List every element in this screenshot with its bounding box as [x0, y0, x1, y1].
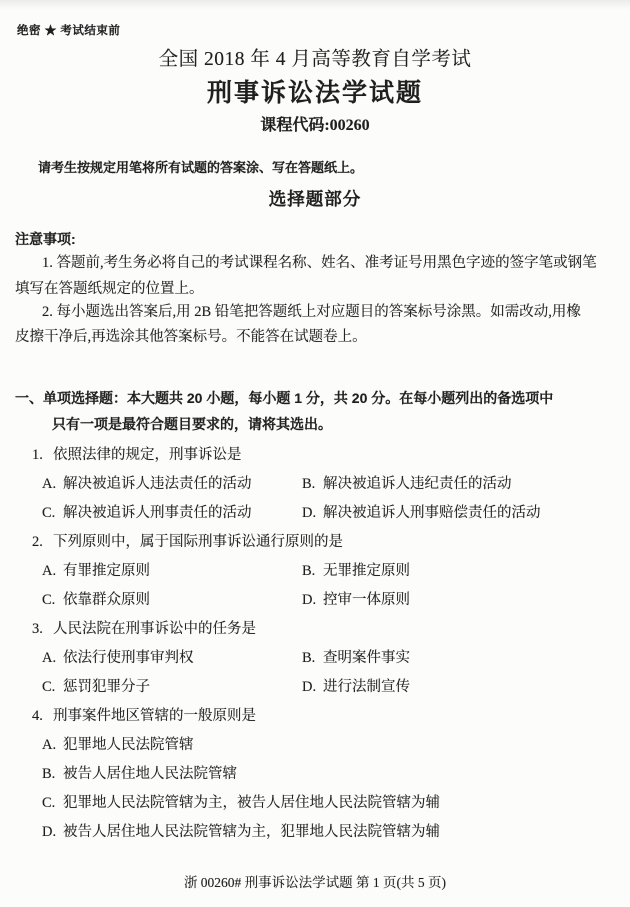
option-c: C.依靠群众原则 — [42, 586, 150, 615]
exam-subject-title: 刑事诉讼法学试题 — [0, 76, 630, 110]
page-footer: 浙 00260# 刑事诉讼法学试题 第 1 页(共 5 页) — [0, 874, 630, 892]
option-a: A.解决被追诉人违法责任的活动 — [42, 470, 252, 499]
option-c-text: 犯罪地人民法院管辖为主，被告人居住地人民法院管辖为辅 — [63, 795, 440, 811]
question-2-stem: 2.下列原则中，属于国际刑事诉讼通行原则的是 — [0, 528, 630, 557]
option-d-text: 被告人居住地人民法院管辖为主，犯罪地人民法院管辖为辅 — [63, 824, 440, 840]
classification-label: 绝密 ★ 考试结束前 — [17, 24, 120, 39]
question-1-options-row-1: A.解决被追诉人违法责任的活动 B.解决被追诉人违纪责任的活动 — [0, 470, 630, 499]
option-c-text: 解决被追诉人刑事责任的活动 — [63, 505, 252, 521]
option-a-label: A. — [42, 731, 63, 760]
section-heading-line-2: 只有一项是最符合题目要求的，请将其选出。 — [52, 415, 332, 434]
option-c-label: C. — [42, 586, 63, 615]
option-d-text: 控审一体原则 — [323, 592, 410, 608]
option-c-label: C. — [42, 673, 63, 702]
option-d-text: 解决被追诉人刑事赔偿责任的活动 — [323, 505, 541, 521]
option-a-text: 有罪推定原则 — [63, 563, 150, 579]
question-4-option-d-row: D.被告人居住地人民法院管辖为主，犯罪地人民法院管辖为辅 — [0, 818, 630, 847]
question-4-option-a-row: A.犯罪地人民法院管辖 — [0, 731, 630, 760]
question-3: 3.人民法院在刑事诉讼中的任务是 A.依法行使刑事审判权 B.查明案件事实 C.… — [0, 615, 630, 702]
option-a: A.依法行使刑事审判权 — [42, 644, 194, 673]
option-c-text: 惩罚犯罪分子 — [63, 679, 150, 695]
question-1-number: 1. — [32, 441, 53, 470]
question-1-stem: 1.依照法律的规定，刑事诉讼是 — [0, 441, 630, 470]
option-d-text: 进行法制宣传 — [323, 679, 410, 695]
part-title: 选择题部分 — [0, 187, 630, 211]
option-b-label: B. — [302, 470, 323, 499]
section-heading-line-1: 一、单项选择题：本大题共 20 小题，每小题 1 分，共 20 分。在每小题列出… — [15, 389, 553, 408]
option-a-label: A. — [42, 557, 63, 586]
option-b: B.查明案件事实 — [302, 644, 410, 673]
option-b-label: B. — [302, 557, 323, 586]
notes-title: 注意事项: — [15, 230, 76, 249]
scan-edge-shadow — [0, 0, 630, 10]
question-4-stem: 4.刑事案件地区管辖的一般原则是 — [0, 702, 630, 731]
course-code: 课程代码:00260 — [0, 115, 630, 137]
question-2-number: 2. — [32, 528, 53, 557]
question-3-number: 3. — [32, 615, 53, 644]
option-a-label: A. — [42, 470, 63, 499]
option-c: C.惩罚犯罪分子 — [42, 673, 150, 702]
question-4-option-b-row: B.被告人居住地人民法院管辖 — [0, 760, 630, 789]
option-b-label: B. — [302, 644, 323, 673]
option-a-text: 依法行使刑事审判权 — [63, 650, 194, 666]
option-b-text: 无罪推定原则 — [323, 563, 410, 579]
option-d-label: D. — [302, 499, 323, 528]
exam-paper-page: 绝密 ★ 考试结束前 全国 2018 年 4 月高等教育自学考试 刑事诉讼法学试… — [0, 0, 630, 907]
option-a: A.犯罪地人民法院管辖 — [42, 731, 194, 760]
option-a-text: 解决被追诉人违法责任的活动 — [63, 476, 252, 492]
option-b: B.解决被追诉人违纪责任的活动 — [302, 470, 512, 499]
option-d: D.被告人居住地人民法院管辖为主，犯罪地人民法院管辖为辅 — [42, 818, 440, 847]
question-4-text: 刑事案件地区管辖的一般原则是 — [53, 708, 256, 724]
option-d-label: D. — [302, 586, 323, 615]
option-d-label: D. — [302, 673, 323, 702]
option-a-text: 犯罪地人民法院管辖 — [63, 737, 194, 753]
exam-session-title: 全国 2018 年 4 月高等教育自学考试 — [0, 47, 630, 73]
question-2-options-row-1: A.有罪推定原则 B.无罪推定原则 — [0, 557, 630, 586]
note-2-line-2: 皮擦干净后,再选涂其他答案标号。不能答在试题卷上。 — [15, 328, 367, 347]
question-list: 1.依照法律的规定，刑事诉讼是 A.解决被追诉人违法责任的活动 B.解决被追诉人… — [0, 441, 630, 847]
option-b-text: 查明案件事实 — [323, 650, 410, 666]
question-1-options-row-2: C.解决被追诉人刑事责任的活动 D.解决被追诉人刑事赔偿责任的活动 — [0, 499, 630, 528]
option-b: B.无罪推定原则 — [302, 557, 410, 586]
question-2-options-row-2: C.依靠群众原则 D.控审一体原则 — [0, 586, 630, 615]
question-3-options-row-2: C.惩罚犯罪分子 D.进行法制宣传 — [0, 673, 630, 702]
option-d: D.解决被追诉人刑事赔偿责任的活动 — [302, 499, 541, 528]
note-1-line-1: 1. 答题前,考生务必将自己的考试课程名称、姓名、准考证号用黑色字迹的签字笔或钢… — [42, 254, 597, 273]
option-a-label: A. — [42, 644, 63, 673]
option-c: C.犯罪地人民法院管辖为主，被告人居住地人民法院管辖为辅 — [42, 789, 440, 818]
question-2: 2.下列原则中，属于国际刑事诉讼通行原则的是 A.有罪推定原则 B.无罪推定原则… — [0, 528, 630, 615]
note-1-line-2: 填写在答题纸规定的位置上。 — [15, 280, 204, 299]
question-1: 1.依照法律的规定，刑事诉讼是 A.解决被追诉人违法责任的活动 B.解决被追诉人… — [0, 441, 630, 528]
answer-sheet-instruction: 请考生按规定用笔将所有试题的答案涂、写在答题纸上。 — [38, 159, 363, 177]
option-c: C.解决被追诉人刑事责任的活动 — [42, 499, 252, 528]
question-2-text: 下列原则中，属于国际刑事诉讼通行原则的是 — [53, 534, 343, 550]
question-4: 4.刑事案件地区管辖的一般原则是 A.犯罪地人民法院管辖 B.被告人居住地人民法… — [0, 702, 630, 847]
option-d: D.进行法制宣传 — [302, 673, 410, 702]
option-b: B.被告人居住地人民法院管辖 — [42, 760, 237, 789]
question-4-number: 4. — [32, 702, 53, 731]
question-4-option-c-row: C.犯罪地人民法院管辖为主，被告人居住地人民法院管辖为辅 — [0, 789, 630, 818]
note-2-line-1: 2. 每小题选出答案后,用 2B 铅笔把答题纸上对应题目的答案标号涂黑。如需改动… — [42, 303, 581, 322]
question-3-text: 人民法院在刑事诉讼中的任务是 — [53, 621, 256, 637]
option-c-label: C. — [42, 789, 63, 818]
question-1-text: 依照法律的规定，刑事诉讼是 — [53, 447, 242, 463]
option-d: D.控审一体原则 — [302, 586, 410, 615]
option-c-label: C. — [42, 499, 63, 528]
option-b-label: B. — [42, 760, 63, 789]
option-c-text: 依靠群众原则 — [63, 592, 150, 608]
option-b-text: 解决被追诉人违纪责任的活动 — [323, 476, 512, 492]
question-3-stem: 3.人民法院在刑事诉讼中的任务是 — [0, 615, 630, 644]
option-d-label: D. — [42, 818, 63, 847]
option-a: A.有罪推定原则 — [42, 557, 150, 586]
option-b-text: 被告人居住地人民法院管辖 — [63, 766, 237, 782]
question-3-options-row-1: A.依法行使刑事审判权 B.查明案件事实 — [0, 644, 630, 673]
